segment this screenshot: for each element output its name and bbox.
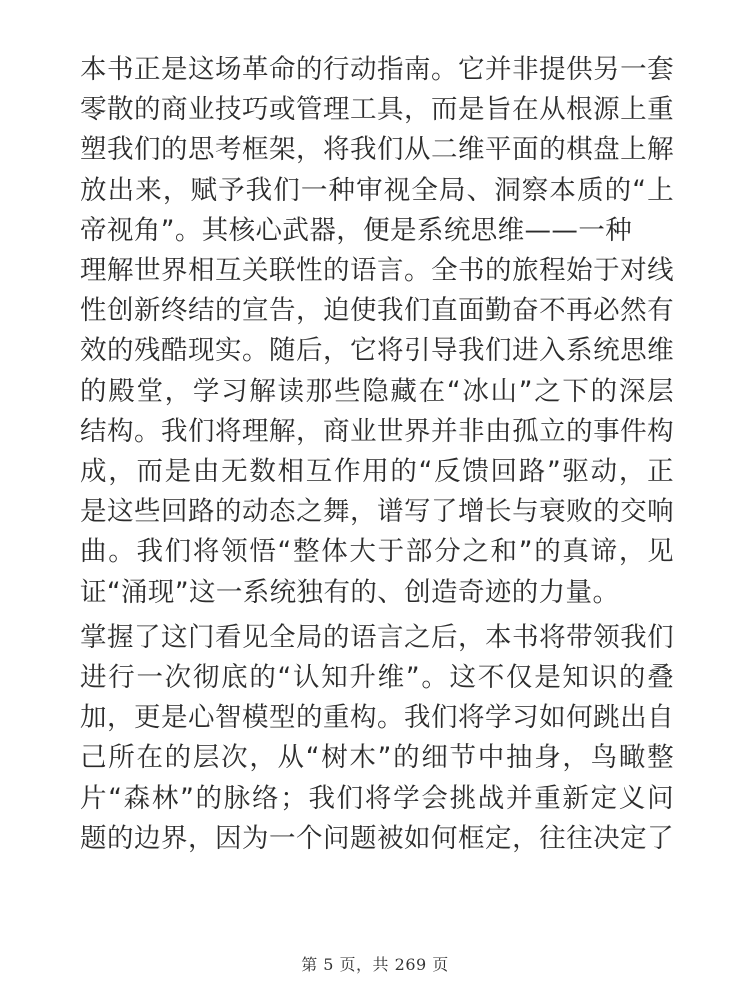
text-line: 塑我们的思考框架，将我们从二维平面的棋盘上解 <box>80 130 674 170</box>
text-line: 证“涌现”这一系统独有的、创造奇迹的力量。 <box>80 573 674 613</box>
text-line: 己所在的层次，从“树木”的细节中抽身，鸟瞰整 <box>80 738 674 778</box>
text-line: 加，更是心智模型的重构。我们将学习如何跳出自 <box>80 698 674 738</box>
text-line: 本书正是这场革命的行动指南。它并非提供另一套 <box>80 50 674 90</box>
text-line: 片“森林”的脉络；我们将学会挑战并重新定义问 <box>80 779 674 819</box>
text-line: 零散的商业技巧或管理工具，而是旨在从根源上重 <box>80 90 674 130</box>
page-content: 本书正是这场革命的行动指南。它并非提供另一套 零散的商业技巧或管理工具，而是旨在… <box>80 50 674 864</box>
paragraph-2: 掌握了这门看见全局的语言之后，本书将带领我们 进行一次彻底的“认知升维”。这不仅… <box>80 618 674 859</box>
text-line: 结构。我们将理解，商业世界并非由孤立的事件构 <box>80 412 674 452</box>
text-line: 题的边界，因为一个问题被如何框定，往往决定了 <box>80 819 674 859</box>
document-page: 本书正是这场革命的行动指南。它并非提供另一套 零散的商业技巧或管理工具，而是旨在… <box>0 0 750 1000</box>
text-line: 曲。我们将领悟“整体大于部分之和”的真谛，见 <box>80 532 674 572</box>
text-line: 的殿堂，学习解读那些隐藏在“冰山”之下的深层 <box>80 372 674 412</box>
text-line: 掌握了这门看见全局的语言之后，本书将带领我们 <box>80 618 674 658</box>
paragraph-1: 本书正是这场革命的行动指南。它并非提供另一套 零散的商业技巧或管理工具，而是旨在… <box>80 50 674 613</box>
text-line: 帝视角”。其核心武器，便是系统思维——一种 <box>80 211 674 251</box>
text-line: 理解世界相互关联性的语言。全书的旅程始于对线 <box>80 251 674 291</box>
text-line: 性创新终结的宣告，迫使我们直面勤奋不再必然有 <box>80 291 674 331</box>
page-number-indicator: 第 5 页，共 269 页 <box>0 952 750 975</box>
text-line: 放出来，赋予我们一种审视全局、洞察本质的“上 <box>80 171 674 211</box>
text-line: 是这些回路的动态之舞，谱写了增长与衰败的交响 <box>80 492 674 532</box>
text-line: 效的残酷现实。随后，它将引导我们进入系统思维 <box>80 331 674 371</box>
text-line: 进行一次彻底的“认知升维”。这不仅是知识的叠 <box>80 658 674 698</box>
text-line: 成，而是由无数相互作用的“反馈回路”驱动，正 <box>80 452 674 492</box>
